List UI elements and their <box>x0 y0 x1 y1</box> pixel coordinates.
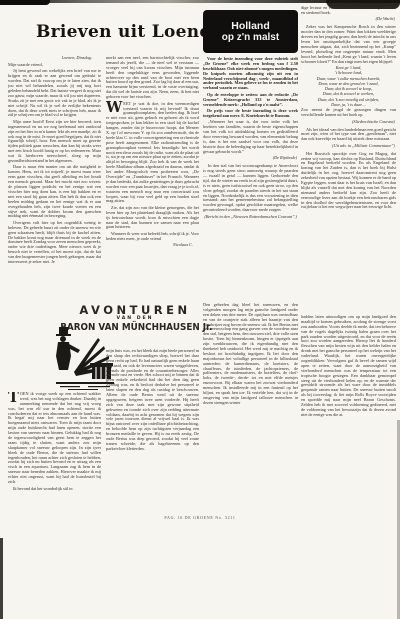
letter-paragraph: Mijn arme hoofd! Eerst zijn we hier bero… <box>8 120 101 164</box>
malst-clipping: (De Wacht) <box>301 17 395 22</box>
malst-clipping: (Uit adv. in „Militair Commentaar”) <box>301 144 395 149</box>
malst-column-3-items: „Wanneer het waar is, dat voor ieder vol… <box>203 120 298 219</box>
letter-paragraph: Overigens valt hier op het oogenblik wei… <box>8 221 101 265</box>
story-paragraph: Ik bevond dat het wonderlijk stil in <box>8 487 101 492</box>
letter-column-2: merkt aan een neef, een hartstochtelijk … <box>106 56 199 306</box>
malst-clipping: Het Russisch sprookje over Gog en Magog,… <box>301 152 396 211</box>
malst-intro-paragraph: Voor de beste inzending voor deze rubrie… <box>203 57 298 91</box>
malst-box-line2: op z'n malst <box>222 32 279 43</box>
letter-paragraph: Jij bent gewend om wekelijks een brief v… <box>8 69 101 118</box>
page-footer: PAG. 16 DE GROENE No. 3211 <box>0 515 400 520</box>
story-opening-paragraph: TOEN ik vorige week op een ochtend wakke… <box>8 392 101 485</box>
malst-column-4: dige lectuur en vooral voor militairen e… <box>301 6 396 312</box>
letter-salutation: Mijn waarde vriend, <box>8 63 101 68</box>
newspaper-page: Brieven uit Loenen(VI) Loenen, Dinsdag. … <box>0 0 400 619</box>
malst-clipping: (De Rijnbode) <box>203 156 297 161</box>
malst-column-3: Voor de beste inzending voor deze rubrie… <box>203 57 298 300</box>
story-column-2: mijn huis was, en het bleek dat mijn hee… <box>106 349 199 513</box>
malst-intro: Voor de beste inzending voor deze rubrie… <box>203 57 298 119</box>
malst-rubric-box: Holland op z'n malst <box>203 10 298 53</box>
letter-dateline: Loenen, Dinsdag. <box>8 56 101 61</box>
letter-paragraph: Daar is maar één manier om uit die narig… <box>8 165 101 219</box>
dropcap-t: T <box>8 392 19 404</box>
malst-intro-paragraph: Op de enveloppe te zetten: aan de redact… <box>203 93 298 108</box>
story-column-4: hadden laten uitnoodigen om op mijn land… <box>301 315 396 513</box>
malst-clipping: Zeker was het Kampensche Bosch in den wi… <box>301 25 396 64</box>
story-column-1: TOEN ik vorige week op een ochtend wakke… <box>8 392 101 513</box>
story-paragraph: Den geheelen dag bleef het sneeuwen, en … <box>203 303 298 406</box>
malst-box-line1: Holland <box>231 20 270 32</box>
story-header-line1: AVONTUREN <box>50 304 220 316</box>
letter-column-1-paragraphs: Jij bent gewend om wekelijks een brief v… <box>8 69 101 265</box>
story-paragraph: mijn huis was, en het bleek dat mijn hee… <box>106 349 199 452</box>
letter-w-paragraph: WEET je wat ik doe, in den weemoedigen t… <box>106 102 199 205</box>
story-paragraph: hadden laten uitnoodigen om op mijn land… <box>301 315 396 418</box>
story-column-3: Den geheelen dag bleef het sneeuwen, en … <box>203 303 298 513</box>
letter-signature: Nicolaas C. <box>106 243 199 248</box>
malst-clipping: Zoo neemt de jeugd de gezongen dingen va… <box>301 108 396 118</box>
letter-w-paragraph-text: EET je wat ik doe, in den weemoedigen to… <box>106 101 199 204</box>
page-title: Brieven uit Loenen(VI) <box>36 22 216 42</box>
scan-artifact-top-left <box>0 0 50 5</box>
malst-column-4-items: dige lectuur en vooral voor militairen e… <box>301 6 396 210</box>
letter-paragraph: Wanneer ik weer wat beleefd heb, schrijf… <box>106 232 199 242</box>
story-opening-text: OEN ik vorige week op een ochtend wakker… <box>8 392 101 484</box>
malst-intro-paragraph: De prijs voor de beste inzending is deze… <box>203 109 298 119</box>
malst-clipping: „Wanneer het waar is, dat voor ieder vol… <box>203 120 298 154</box>
scan-artifact-left-edge <box>0 538 3 619</box>
malst-clipping: Als het ideaal van den landedelman een g… <box>301 128 396 143</box>
letter-continuation: merkt aan een neef, een hartstochtelijk … <box>106 56 199 100</box>
malst-clipping: (Sliedrechtsche Courant) <box>301 120 395 125</box>
malst-clipping: In den stal van het woonwagenkamp te Ame… <box>203 164 298 213</box>
malst-clipping: dige lectuur en vooral voor militairen e… <box>301 6 396 16</box>
letter-column-1: Loenen, Dinsdag. Mijn waarde vriend, Jij… <box>8 56 101 306</box>
letter-column-2-paragraphs: Zie, dat zijn zoo van die kleine genoege… <box>106 206 199 242</box>
dropcap-w: W <box>106 102 122 114</box>
malst-clipping: (Bericht in den „Nieuwen Rotterdamschen … <box>203 215 297 220</box>
letter-paragraph: Zie, dat zijn zoo van die kleine genoege… <box>106 206 199 230</box>
letter-title: Brieven uit Loenen <box>36 22 223 42</box>
